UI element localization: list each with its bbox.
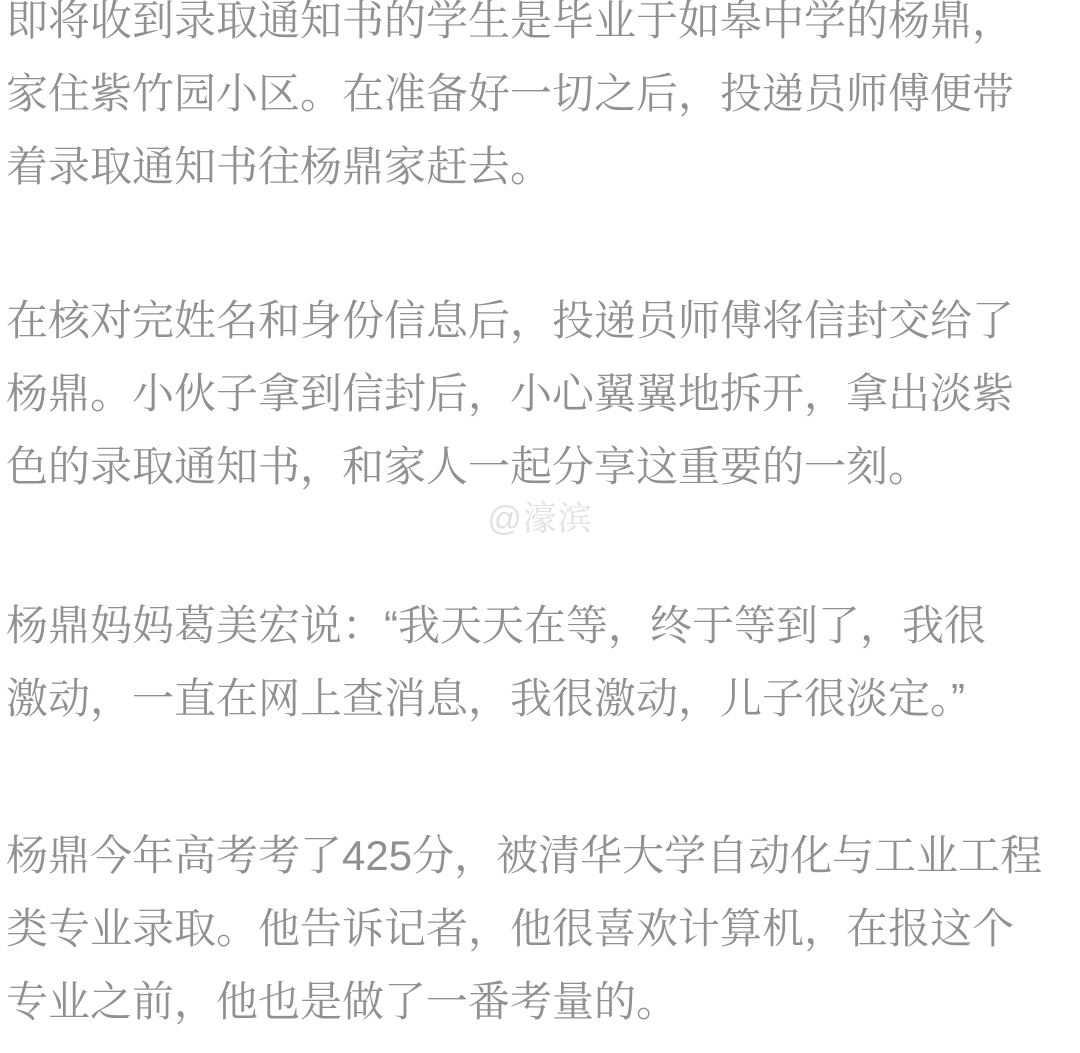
text-line: 家住紫竹园小区。在准备好一切之后，投递员师傅便带 [6,57,1080,130]
article-page: 即将收到录取通知书的学生是毕业于如皋中学的杨鼎， 家住紫竹园小区。在准备好一切之… [0,0,1080,1053]
text-line: 在核对完姓名和身份信息后，投递员师傅将信封交给了 [6,284,1080,357]
text-line: 杨鼎妈妈葛美宏说：“我天天在等，终于等到了，我很 [6,589,1080,662]
text-line: 杨鼎今年高考考了425分，被清华大学自动化与工业工程 [6,819,1080,892]
text-line: 即将收到录取通知书的学生是毕业于如皋中学的杨鼎， [6,0,1080,57]
article-paragraph-4: 杨鼎今年高考考了425分，被清华大学自动化与工业工程 类专业录取。他告诉记者，他… [6,819,1080,1038]
text-line: 专业之前，他也是做了一番考量的。 [6,965,1080,1038]
text-line: 杨鼎。小伙子拿到信封后，小心翼翼地拆开，拿出淡紫 [6,357,1080,430]
text-line: 激动，一直在网上查消息，我很激动，儿子很淡定。” [6,662,1080,735]
watermark: @濠滨 [487,498,593,540]
article-paragraph-3: 杨鼎妈妈葛美宏说：“我天天在等，终于等到了，我很 激动，一直在网上查消息，我很激… [6,589,1080,735]
article-paragraph-1: 即将收到录取通知书的学生是毕业于如皋中学的杨鼎， 家住紫竹园小区。在准备好一切之… [6,0,1080,203]
text-line: 着录取通知书往杨鼎家赶去。 [6,130,1080,203]
text-line: 色的录取通知书，和家人一起分享这重要的一刻。 [6,430,1080,503]
text-line: 类专业录取。他告诉记者，他很喜欢计算机，在报这个 [6,892,1080,965]
article-paragraph-2: 在核对完姓名和身份信息后，投递员师傅将信封交给了 杨鼎。小伙子拿到信封后，小心翼… [6,284,1080,503]
